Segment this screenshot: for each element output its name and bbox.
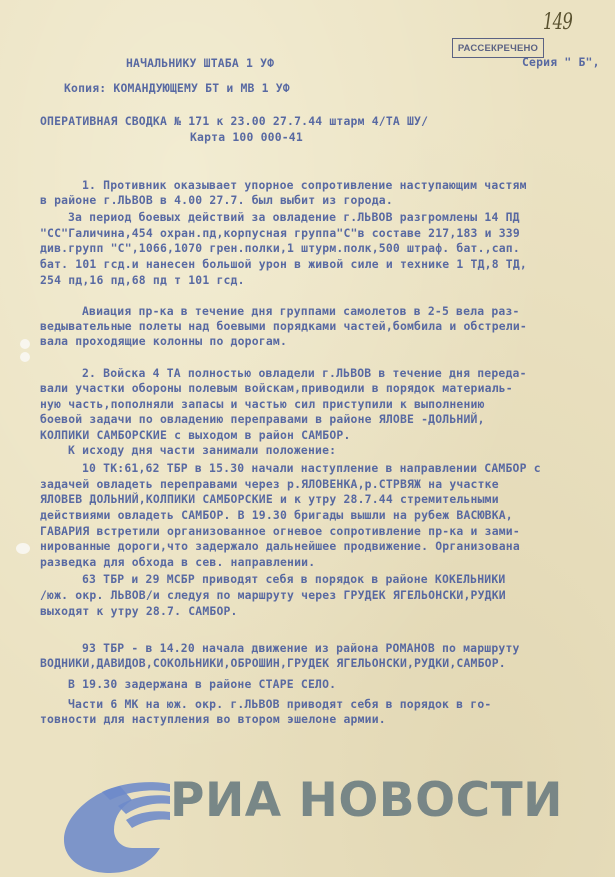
document-line: "СС"Галичина,454 охран.пд,корпусная груп…	[40, 226, 520, 240]
document-line: выходят к утру 28.7. САМБОР.	[40, 604, 238, 618]
addressee: НАЧАЛЬНИКУ ШТАБА 1 УФ	[126, 56, 274, 70]
document-line: За период боевых действий за овладение г…	[68, 210, 520, 224]
document-line: 63 ТБР и 29 МСБР приводят себя в порядок…	[82, 572, 505, 586]
document-line: див.групп "С",1066,1070 грен.полки,1 шту…	[40, 241, 520, 255]
document-line: в районе г.ЛЬВОВ в 4.00 27.7. был выбит …	[40, 193, 393, 207]
document-line: бат. 101 гсд.и нанесен большой урон в жи…	[40, 257, 527, 271]
document-line: действиями овладеть САМБОР. В 19.30 бриг…	[40, 508, 513, 522]
punch-hole	[20, 352, 30, 362]
document-line: товности для наступления во втором эшело…	[40, 712, 386, 726]
document-line: вала проходящие колонны по дорогам.	[40, 334, 287, 348]
punch-hole	[20, 339, 30, 349]
punch-hole	[16, 543, 30, 554]
document-line: 1. Противник оказывает упорное сопротивл…	[82, 178, 527, 192]
document-line: разведка для обхода в сев. направлении.	[40, 555, 315, 569]
document-line: 10 ТК:61,62 ТБР в 15.30 начали наступлен…	[82, 461, 541, 475]
document-line: К исходу дня части занимали положение:	[68, 443, 336, 457]
series-label: Серия " Б",	[522, 55, 600, 69]
document-line: задачей овладеть переправами через р.ЯЛО…	[40, 477, 499, 491]
document-line: боевой задачи по овладению переправами в…	[40, 412, 485, 426]
document-line: ГАВАРИЯ встретили организованное огневое…	[40, 524, 520, 538]
document-line: Авиация пр-ка в течение дня группами сам…	[82, 304, 520, 318]
page-number: 149	[543, 10, 572, 35]
document-line: нированные дороги,что задержало дальнейш…	[40, 539, 520, 553]
document-line: 2. Войска 4 ТА полностью овладели г.ЛЬВО…	[82, 366, 527, 380]
copy-to: Копия: КОМАНДУЮЩЕМУ БТ и МВ 1 УФ	[64, 81, 290, 95]
document-line: В 19.30 задержана в районе СТАРЕ СЕЛО.	[68, 677, 336, 691]
watermark-brand: РИА НОВОСТИ	[170, 773, 563, 828]
document-line: ЯЛОВЕВ ДОЛЬНИЙ,КОЛПИКИ САМБОРСКИЕ и к ут…	[40, 492, 499, 506]
document-line: Части 6 МК на юж. окр. г.ЛЬВОВ приводят …	[68, 697, 491, 711]
map-reference: Карта 100 000-41	[190, 130, 303, 144]
document-line: ную часть,пополняли запасы и частью сил …	[40, 397, 485, 411]
document-line: ВОДНИКИ,ДАВИДОВ,СОКОЛЬНИКИ,ОБРОШИН,ГРУДЕ…	[40, 656, 506, 670]
document-line: 93 ТБР - в 14.20 начала движение из райо…	[82, 641, 520, 655]
document-line: /юж. окр. ЛЬВОВ/и следуя по маршруту чер…	[40, 588, 506, 602]
document-line: ведывательные полеты над боевыми порядка…	[40, 319, 527, 333]
document-line: КОЛПИКИ САМБОРСКИЕ с выходом в район САМ…	[40, 428, 351, 442]
ria-novosti-logo-icon	[62, 778, 172, 873]
document-title: ОПЕРАТИВНАЯ СВОДКА № 171 к 23.00 27.7.44…	[40, 114, 428, 128]
document-line: вали участки обороны полевым войскам,при…	[40, 381, 513, 395]
document-line: 254 пд,16 пд,68 пд т 101 гсд.	[40, 273, 245, 287]
